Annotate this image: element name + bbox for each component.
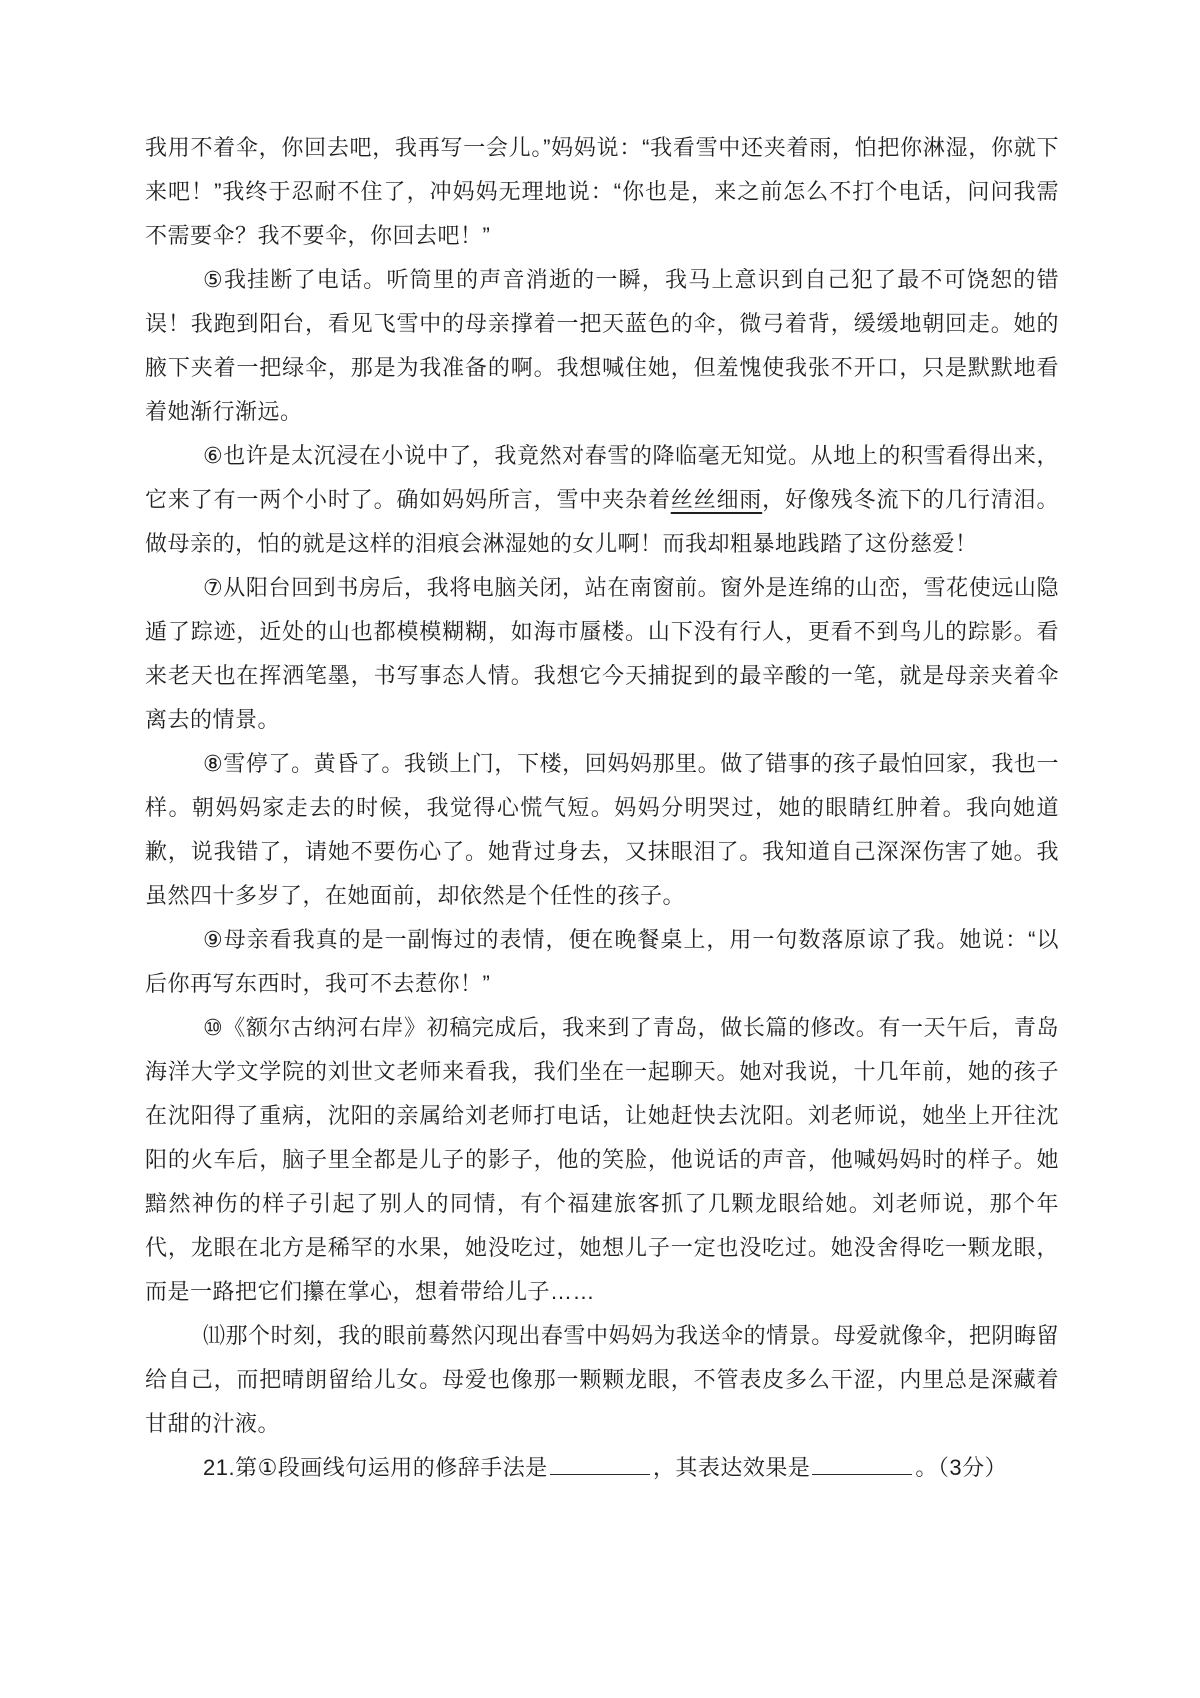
question-21: 21.第①段画线句运用的修辞手法是，其表达效果是。（3分） [145, 1446, 1059, 1490]
answer-blank[interactable] [812, 1454, 912, 1475]
text-run: ⑦从阳台回到书房后，我将电脑关闭，站在南窗前。窗外是连绵的山峦，雪花使远山隐遁了… [145, 575, 1059, 732]
text-run: 21.第①段画线句运用的修辞手法是 [203, 1455, 548, 1480]
underlined-phrase: 丝丝细雨 [671, 487, 762, 512]
passage-paragraph-continued: 我用不着伞，你回去吧，我再写一会儿。”妈妈说：“我看雪中还夹着雨，怕把你淋湿，你… [145, 126, 1059, 258]
passage-paragraph-10: ⑩《额尔古纳河右岸》初稿完成后，我来到了青岛，做长篇的修改。有一天午后，青岛海洋… [145, 1006, 1059, 1314]
text-run: ⑤我挂断了电话。听筒里的声音消逝的一瞬，我马上意识到自己犯了最不可饶恕的错误！我… [145, 267, 1059, 424]
reading-passage: 我用不着伞，你回去吧，我再写一会儿。”妈妈说：“我看雪中还夹着雨，怕把你淋湿，你… [145, 126, 1059, 1490]
text-run: 我用不着伞，你回去吧，我再写一会儿。”妈妈说：“我看雪中还夹着雨，怕把你淋湿，你… [145, 135, 1059, 248]
text-run: ⑨母亲看我真的是一副悔过的表情，便在晚餐桌上，用一句数落原谅了我。她说：“以后你… [145, 927, 1059, 996]
passage-paragraph-5: ⑤我挂断了电话。听筒里的声音消逝的一瞬，我马上意识到自己犯了最不可饶恕的错误！我… [145, 258, 1059, 434]
passage-paragraph-6: ⑥也许是太沉浸在小说中了，我竟然对春雪的降临毫无知觉。从地上的积雪看得出来，它来… [145, 434, 1059, 566]
answer-blank[interactable] [550, 1454, 650, 1475]
exam-page: 我用不着伞，你回去吧，我再写一会儿。”妈妈说：“我看雪中还夹着雨，怕把你淋湿，你… [0, 0, 1200, 1698]
text-run: ⑾那个时刻，我的眼前蓦然闪现出春雪中妈妈为我送伞的情景。母爱就像伞，把阴晦留给自… [145, 1323, 1059, 1436]
text-run: ⑩《额尔古纳河右岸》初稿完成后，我来到了青岛，做长篇的修改。有一天午后，青岛海洋… [145, 1015, 1059, 1304]
passage-paragraph-9: ⑨母亲看我真的是一副悔过的表情，便在晚餐桌上，用一句数落原谅了我。她说：“以后你… [145, 918, 1059, 1006]
text-run: 。（3分） [915, 1455, 1007, 1480]
text-run: ，其表达效果是 [653, 1455, 811, 1480]
text-run: ⑧雪停了。黄昏了。我锁上门，下楼，回妈妈那里。做了错事的孩子最怕回家，我也一样。… [145, 751, 1059, 908]
passage-paragraph-7: ⑦从阳台回到书房后，我将电脑关闭，站在南窗前。窗外是连绵的山峦，雪花使远山隐遁了… [145, 566, 1059, 742]
passage-paragraph-8: ⑧雪停了。黄昏了。我锁上门，下楼，回妈妈那里。做了错事的孩子最怕回家，我也一样。… [145, 742, 1059, 918]
passage-paragraph-11: ⑾那个时刻，我的眼前蓦然闪现出春雪中妈妈为我送伞的情景。母爱就像伞，把阴晦留给自… [145, 1314, 1059, 1446]
